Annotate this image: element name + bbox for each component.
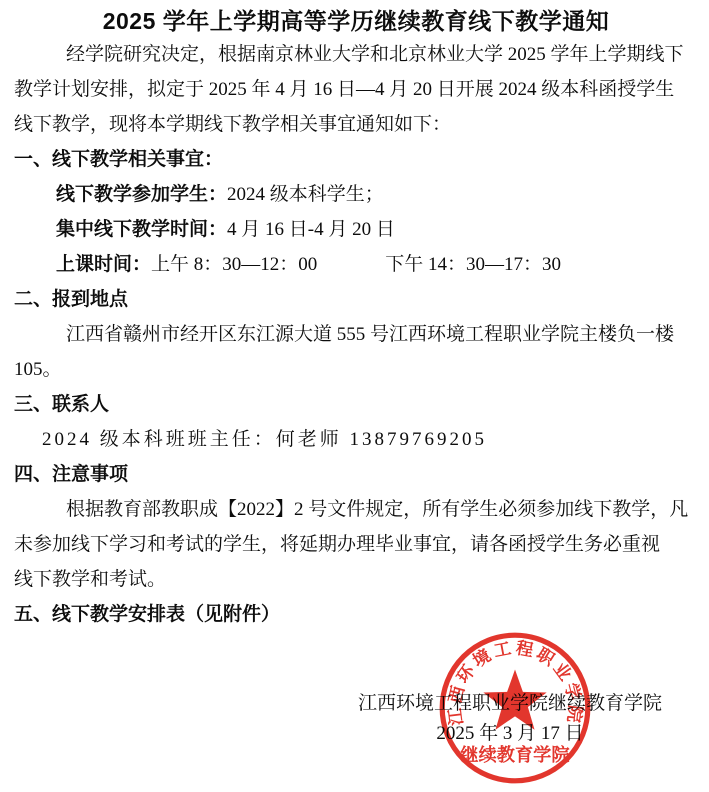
document-page: 2025 学年上学期高等学历继续教育线下教学通知 经学院研究决定，根据南京林业大… — [0, 0, 709, 792]
class-time-morning: 上午 8：30—12：00 — [151, 254, 317, 275]
schedule-value: 4 月 16 日-4 月 20 日 — [227, 219, 395, 240]
signature-inner: 江西环境工程职业学院继续教育学院 2025 年 3 月 17 日 — [358, 689, 662, 749]
signature-block: 江西环境工程职业学院继续教育学院 2025 年 3 月 17 日 — [14, 689, 698, 749]
section-3-contact: 2024 级本科班班主任：何老师 13879769205 — [14, 422, 698, 457]
document-body: 经学院研究决定，根据南京林业大学和北京林业大学 2025 学年上学期线下 教学计… — [14, 37, 698, 632]
section-4-line-2: 未参加线下学习和考试的学生，将延期办理毕业事宜，请各函授学生务必重视 — [14, 527, 698, 562]
section-4-heading: 四、注意事项 — [14, 457, 698, 492]
section-2-line-1: 江西省赣州市经开区东江源大道 555 号江西环境工程职业学院主楼负一楼 — [14, 317, 698, 352]
section-1-class-time: 上课时间：上午 8：30—12：00下午 14：30—17：30 — [14, 247, 698, 282]
signature-org: 江西环境工程职业学院继续教育学院 — [358, 689, 662, 719]
section-1-heading: 一、线下教学相关事宜： — [14, 142, 698, 177]
section-2-line-2: 105。 — [14, 352, 698, 387]
intro-line-2: 教学计划安排，拟定于 2025 年 4 月 16 日—4 月 20 日开展 20… — [14, 72, 698, 107]
section-4-line-3: 线下教学和考试。 — [14, 562, 698, 597]
class-time-afternoon: 下午 14：30—17：30 — [385, 254, 561, 275]
signature-date: 2025 年 3 月 17 日 — [358, 719, 662, 749]
class-time-label: 上课时间： — [56, 254, 151, 275]
section-4-line-1: 根据教育部教职成【2022】2 号文件规定，所有学生必须参加线下教学，凡 — [14, 492, 698, 527]
intro-line-3: 线下教学，现将本学期线下教学相关事宜通知如下： — [14, 107, 698, 142]
section-2-heading: 二、报到地点 — [14, 282, 698, 317]
section-1-schedule: 集中线下教学时间：4 月 16 日-4 月 20 日 — [14, 212, 698, 247]
students-label: 线下教学参加学生： — [56, 184, 227, 205]
page-title: 2025 学年上学期高等学历继续教育线下教学通知 — [14, 5, 698, 37]
intro-line-1: 经学院研究决定，根据南京林业大学和北京林业大学 2025 学年上学期线下 — [14, 37, 698, 72]
students-value: 2024 级本科学生； — [227, 184, 384, 205]
section-5-heading: 五、线下教学安排表（见附件） — [14, 597, 698, 632]
section-3-heading: 三、联系人 — [14, 387, 698, 422]
schedule-label: 集中线下教学时间： — [56, 219, 227, 240]
section-1-students: 线下教学参加学生：2024 级本科学生； — [14, 177, 698, 212]
